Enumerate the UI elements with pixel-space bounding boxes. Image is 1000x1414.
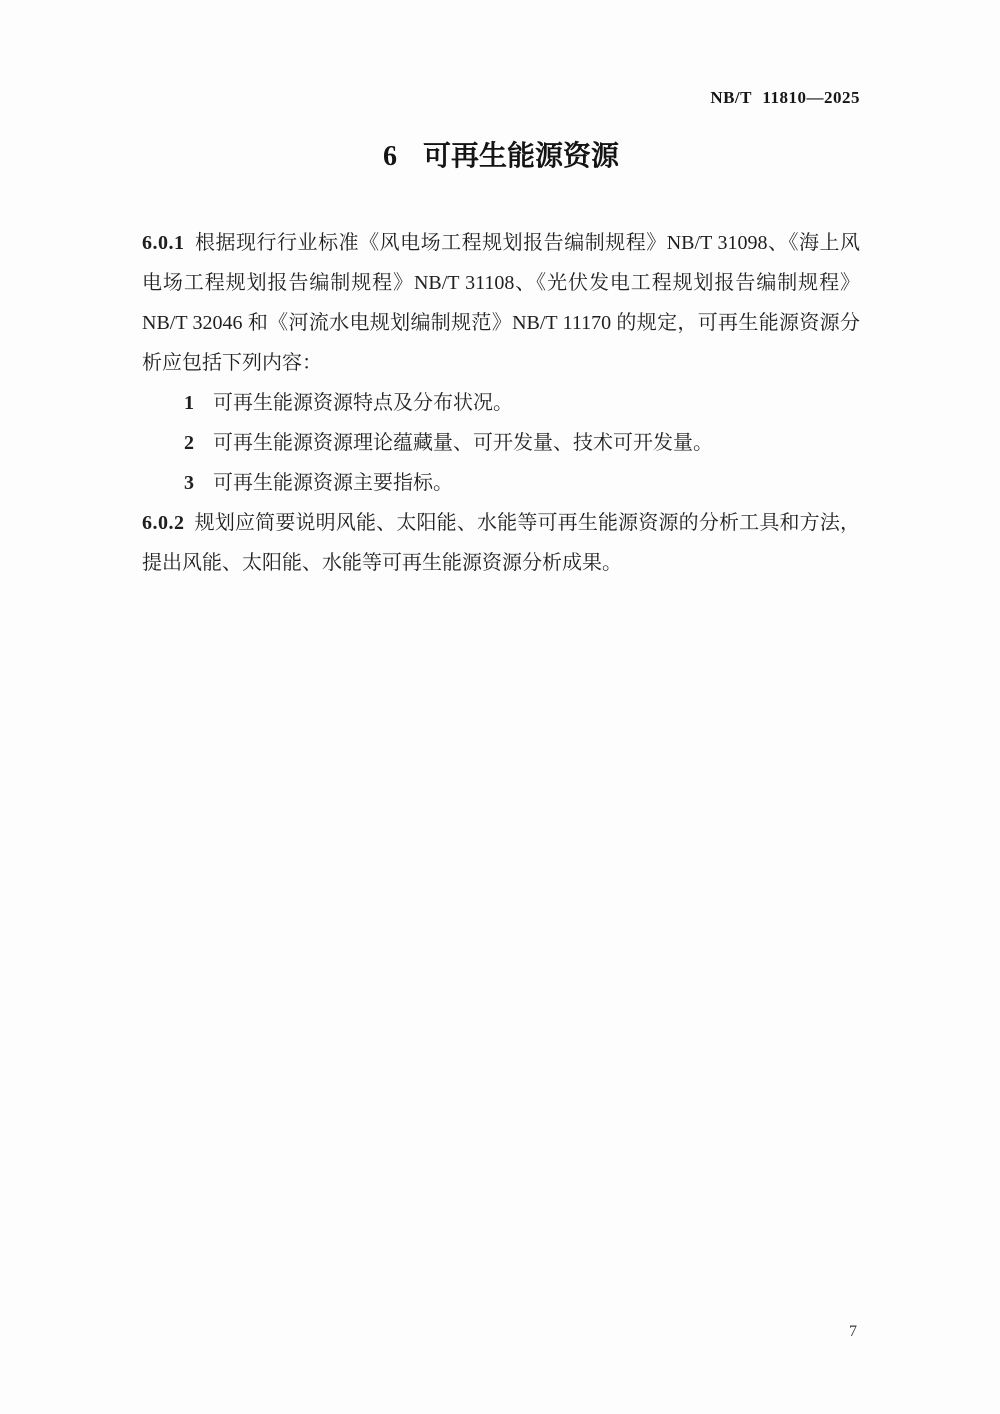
clause-line: 提出风能、太阳能、水能等可再生能源资源分析成果。 <box>142 543 860 583</box>
list-item-text: 可再生能源资源主要指标。 <box>213 472 453 494</box>
clause-6-0-2-label: 6.0.2 <box>142 512 185 534</box>
clause-6-0-1-label: 6.0.1 <box>142 232 185 254</box>
list-item: 2可再生能源资源理论蕴藏量、可开发量、技术可开发量。 <box>142 423 860 463</box>
list-item-text: 可再生能源资源特点及分布状况。 <box>213 392 513 414</box>
clause-line: 析应包括下列内容： <box>142 343 860 383</box>
list-item: 3可再生能源资源主要指标。 <box>142 463 860 503</box>
clause-line: 6.0.2规划应简要说明风能、太阳能、水能等可再生能源资源的分析工具和方法， <box>142 503 860 543</box>
clause-6-0-1: 6.0.1根据现行行业标准《风电场工程规划报告编制规程》NB/T 31098、《… <box>142 223 860 383</box>
clause-line: 电场工程规划报告编制规程》NB/T 31108、《光伏发电工程规划报告编制规程》 <box>142 263 860 303</box>
list-item: 1可再生能源资源特点及分布状况。 <box>142 383 860 423</box>
chapter-title: 6可再生能源资源 <box>142 140 860 174</box>
document-page: NB/T 11810—2025 6可再生能源资源 6.0.1根据现行行业标准《风… <box>0 0 1000 1414</box>
clause-6-0-2: 6.0.2规划应简要说明风能、太阳能、水能等可再生能源资源的分析工具和方法， 提… <box>142 503 860 583</box>
page-number: 7 <box>849 1323 857 1340</box>
page-footer: 7 <box>849 1322 857 1342</box>
clause-line: 6.0.1根据现行行业标准《风电场工程规划报告编制规程》NB/T 31098、《… <box>142 223 860 263</box>
document-header: NB/T 11810—2025 <box>142 0 860 108</box>
list-item-number: 1 <box>184 392 194 414</box>
list-item-text: 可再生能源资源理论蕴藏量、可开发量、技术可开发量。 <box>213 432 713 454</box>
list-item-number: 3 <box>184 472 194 494</box>
chapter-name: 可再生能源资源 <box>423 141 619 172</box>
chapter-number: 6 <box>383 141 397 172</box>
clause-line: NB/T 32046 和《河流水电规划编制规范》NB/T 11170 的规定，可… <box>142 303 860 343</box>
document-body: 6.0.1根据现行行业标准《风电场工程规划报告编制规程》NB/T 31098、《… <box>142 223 860 583</box>
standard-code: NB/T 11810—2025 <box>710 88 860 107</box>
clause-text: 规划应简要说明风能、太阳能、水能等可再生能源资源的分析工具和方法， <box>195 512 861 534</box>
clause-text: 根据现行行业标准《风电场工程规划报告编制规程》NB/T 31098、《海上风 <box>195 232 861 254</box>
numbered-list: 1可再生能源资源特点及分布状况。 2可再生能源资源理论蕴藏量、可开发量、技术可开… <box>142 383 860 503</box>
list-item-number: 2 <box>184 432 194 454</box>
